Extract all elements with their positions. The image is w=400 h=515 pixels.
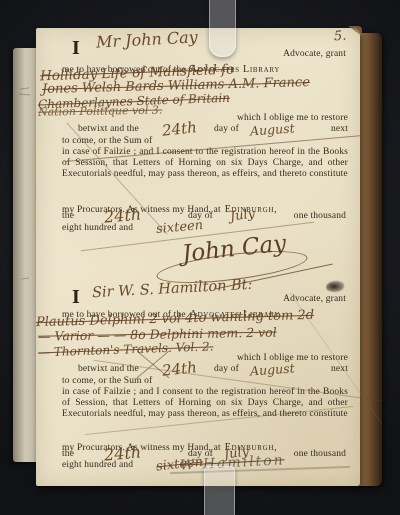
conservation-strap-bottom (204, 466, 235, 515)
printed-next: next (331, 124, 348, 135)
printed-day-of: day of (214, 364, 239, 375)
conservation-strap-top (209, 0, 236, 57)
printed-oblige-line: which I oblige me to restore (62, 113, 348, 124)
printed-failzie-paragraph: in case of Failzie ; and I consent to th… (62, 387, 348, 420)
adjacent-page-mark (20, 87, 29, 89)
adjacent-page-mark (21, 277, 29, 279)
printed-eight-hundred: eight hundred and (62, 223, 133, 234)
register-page: 5. I Mr John Cay Advocate, grant me to h… (36, 28, 360, 486)
handwritten-sign-month: July (229, 206, 256, 224)
printed-day-of: day of (214, 124, 239, 135)
printed-sum-line: to come, or the Sum of (62, 136, 350, 147)
printed-one-thousand: one thousand (294, 211, 346, 222)
page-corner-fold (348, 26, 362, 36)
photograph-of-borrowing-register: { "page_number": "5.", "form": { "initia… (0, 0, 400, 515)
adjacent-page-mark (19, 94, 30, 96)
pencil-signature-block: W Hamilton (170, 453, 360, 479)
ink-signature-block: John Cay (154, 236, 344, 282)
printed-the: the (62, 449, 74, 460)
printed-sum-line: to come, or the Sum of (62, 376, 350, 387)
printed-the: the (62, 211, 74, 222)
printed-betwixt: betwixt and the (78, 124, 139, 135)
printed-eight-hundred: eight hundred and (62, 460, 133, 471)
handwritten-borrower-name: Mr John Cay (96, 27, 199, 51)
ink-blot (326, 281, 344, 292)
